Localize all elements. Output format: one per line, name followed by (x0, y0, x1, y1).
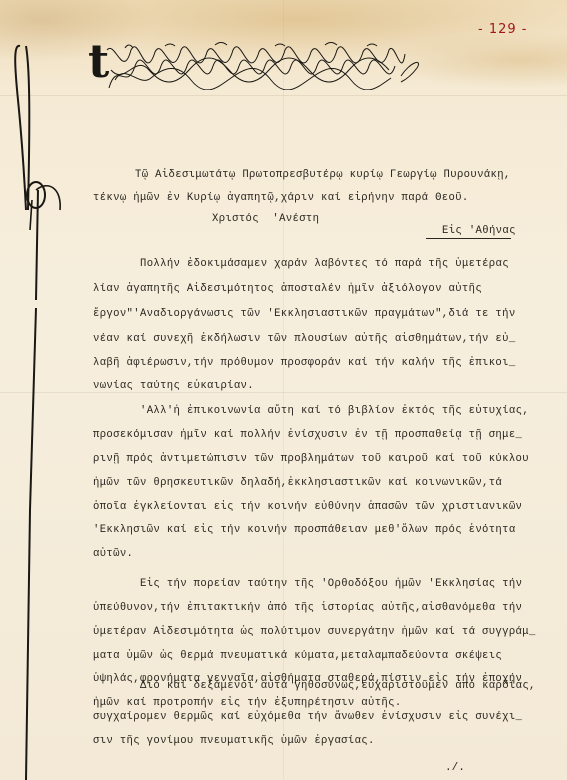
body-line: ρινῇ πρός ἀντιμετώπισιν τῶν προβλημάτων … (93, 453, 529, 465)
salutation-addressee: Τῷ Αἰδεσιμωτάτῳ Πρωτοπρεσβυτέρῳ κυρίῳ Γε… (135, 169, 511, 181)
body-line: συγχαίρομεν θερμῶς καί εὐχόμεθα τήν ἄνωθ… (93, 711, 522, 723)
body-line: λαβῆ ἀφιέρωσιν,τήν πρόθυμον προσφοράν κα… (93, 357, 516, 369)
letter-page: - 129 - t Τῷ Αἰδεσιμωτάτῳ Πρωτοπρεσβυτέρ… (0, 0, 567, 780)
body-line: νωνίας ταύτης εὐκαιρίαν. (93, 380, 254, 392)
body-line: ἡμῶν τῶν θρησκευτικῶν δηλαδή,ἐκκλησιαστι… (93, 477, 502, 489)
body-line: ὑπεύθυνον,τήν ἐπιτακτικήν ἀπό τῆς ἱστορί… (93, 602, 522, 614)
body-line: προσεκόμισαν ἡμῖν καί πολλήν ἐνίσχυσιν ἐ… (93, 429, 522, 441)
body-line: 'Αλλ'ἡ ἐπικοινωνία αὕτη καί τό βιβλίον ἐ… (140, 405, 529, 417)
body-line: νέαν καί συνεχῆ ἐκδήλωσιν τῶν πλουσίων α… (93, 333, 516, 345)
body-line: Πολλήν ἐδοκιμάσαμεν χαράν λαβόντες τό πα… (140, 258, 509, 270)
salutation-paschal: Χριστός 'Ανέστη (212, 213, 319, 225)
body-line: Διό καί δεξάμενοι αὐτά γηθοσύνως,εὐχαρισ… (140, 680, 536, 692)
destination-underline (426, 238, 511, 239)
destination: Εἰς 'Αθήνας (442, 225, 516, 237)
body-line: Εἰς τήν πορείαν ταύτην τῆς 'Ορθοδόξου ἡμ… (140, 578, 522, 590)
body-line: 'Εκκλησιῶν καί εἰς τήν κοινήν προσπάθεια… (93, 524, 516, 536)
body-line: σιν τῆς γονίμου πνευματικῆς ὑμῶν ἐργασία… (93, 735, 375, 747)
salutation-greeting: τέκνῳ ἡμῶν ἐν Κυρίῳ ἀγαπητῷ,χάριν καί εἰ… (93, 192, 469, 204)
body-line: ἡμῶν καί προτροπήν εἰς τήν ἐξυπηρέτησιν … (93, 697, 402, 709)
body-line: αὐτῶν. (93, 548, 133, 560)
binding-string-icon (12, 40, 72, 780)
body-line: ἔργον"'Αναδιοργάνωσις τῶν 'Εκκλησιαστικῶ… (93, 308, 516, 320)
body-line: λίαν ἀγαπητῆς Αἰδεσιμότητος ἀποσταλέν ἡμ… (93, 283, 482, 295)
patriarchal-calligraphic-signature-icon (105, 40, 423, 90)
body-line: ματα ὑμῶν ὡς θερμά πνευματικά κύματα,μετ… (93, 650, 502, 662)
closing-mark: ./. (445, 762, 465, 774)
page-number: - 129 - (478, 22, 527, 37)
paper-crease (283, 0, 284, 780)
body-line: ὁποῖα ἐγκλείονται εἰς τήν κοινήν εὐθύνην… (93, 501, 522, 513)
body-line: ὑμετέραν Αἰδεσιμότητα ὡς πολύτιμον συνερ… (93, 626, 536, 638)
